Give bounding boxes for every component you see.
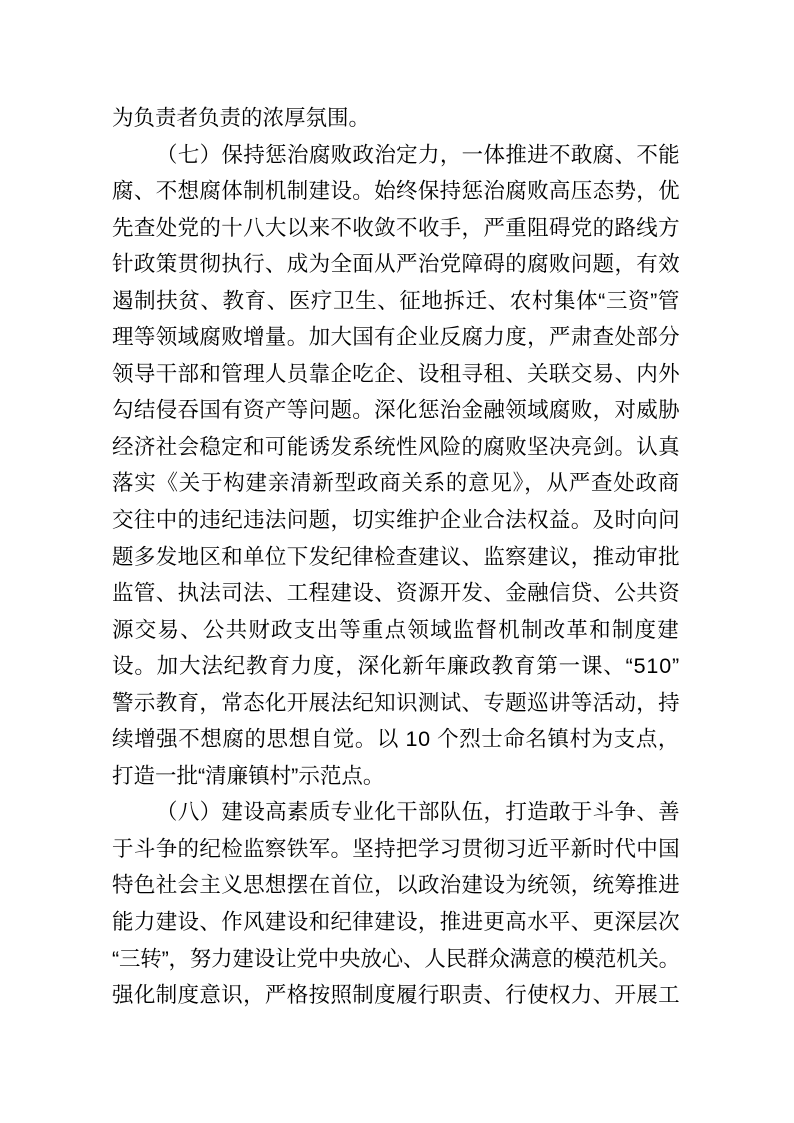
text-line: 强化制度意识，严格按照制度履行职责、行使权力、开展工 — [112, 977, 680, 1014]
text-line: 腐、不想腐体制机制建设。始终保持惩治腐败高压态势，优 — [112, 173, 680, 210]
text-line: 监管、执法司法、工程建设、资源开发、金融信贷、公共资 — [112, 575, 680, 612]
text-line: 打造一批“清廉镇村”示范点。 — [112, 758, 680, 795]
text-content: 为负责者负责的浓厚氛围。（七）保持惩治腐败政治定力，一体推进不敢腐、不能腐、不想… — [112, 100, 680, 1014]
text-line: 交往中的违纪违法问题，切实维护企业合法权益。及时向问 — [112, 502, 680, 539]
text-line: （七）保持惩治腐败政治定力，一体推进不敢腐、不能 — [112, 137, 680, 174]
text-line: （八）建设高素质专业化干部队伍，打造敢于斗争、善 — [112, 794, 680, 831]
text-line: 于斗争的纪检监察铁军。坚持把学习贯彻习近平新时代中国 — [112, 831, 680, 868]
text-line: 针政策贯彻执行、成为全面从严治党障碍的腐败问题，有效 — [112, 246, 680, 283]
text-line: 题多发地区和单位下发纪律检查建议、监察建议，推动审批 — [112, 539, 680, 576]
text-line: “三转”，努力建设让党中央放心、人民群众满意的模范机关。 — [112, 941, 680, 978]
document-page: 为负责者负责的浓厚氛围。（七）保持惩治腐败政治定力，一体推进不敢腐、不能腐、不想… — [0, 0, 794, 1123]
text-line: 源交易、公共财政支出等重点领域监督机制改革和制度建 — [112, 612, 680, 649]
text-line: 续增强不想腐的思想自觉。以 10 个烈士命名镇村为支点， — [112, 721, 680, 758]
text-line: 勾结侵吞国有资产等问题。深化惩治金融领域腐败，对威胁 — [112, 392, 680, 429]
text-line: 设。加大法纪教育力度，深化新年廉政教育第一课、“510” — [112, 648, 680, 685]
text-line: 警示教育，常态化开展法纪知识测试、专题巡讲等活动，持 — [112, 685, 680, 722]
text-line: 经济社会稳定和可能诱发系统性风险的腐败坚决亮剑。认真 — [112, 429, 680, 466]
text-line: 能力建设、作风建设和纪律建设，推进更高水平、更深层次 — [112, 904, 680, 941]
text-line: 为负责者负责的浓厚氛围。 — [112, 100, 680, 137]
text-line: 特色社会主义思想摆在首位，以政治建设为统领，统筹推进 — [112, 867, 680, 904]
text-line: 理等领域腐败增量。加大国有企业反腐力度，严肃查处部分 — [112, 319, 680, 356]
text-line: 先查处党的十八大以来不收敛不收手，严重阻碍党的路线方 — [112, 210, 680, 247]
text-line: 领导干部和管理人员靠企吃企、设租寻租、关联交易、内外 — [112, 356, 680, 393]
text-line: 遏制扶贫、教育、医疗卫生、征地拆迁、农村集体“三资”管 — [112, 283, 680, 320]
text-line: 落实《关于构建亲清新型政商关系的意见》，从严查处政商 — [112, 465, 680, 502]
